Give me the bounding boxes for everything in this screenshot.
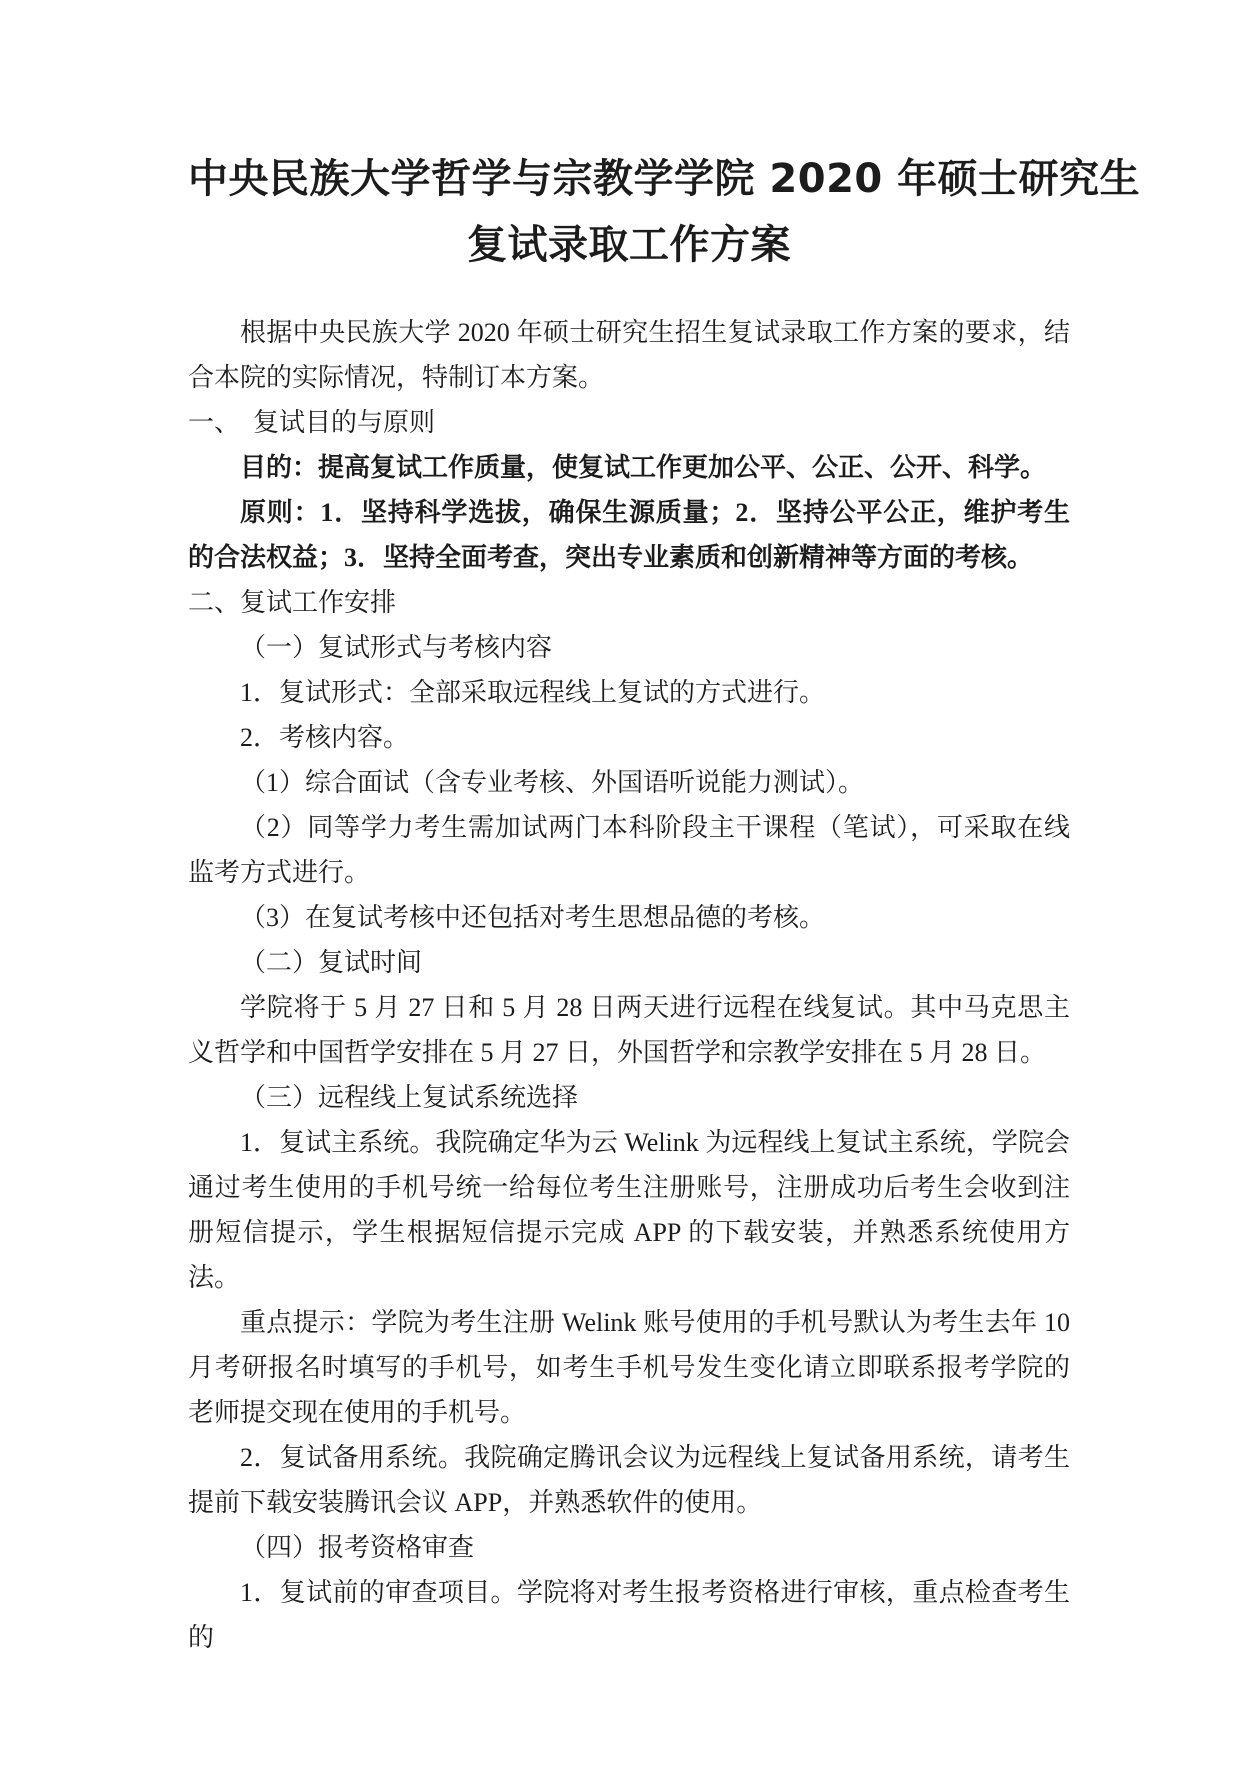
paragraph: 根据中央民族大学 2020 年硕士研究生招生复试录取工作方案的要求，结合本院的实… bbox=[188, 310, 1070, 400]
paragraph: 2．考核内容。 bbox=[188, 715, 1070, 760]
paragraph: （四）报考资格审查 bbox=[188, 1525, 1070, 1570]
document-title-line-2: 复试录取工作方案 bbox=[188, 212, 1070, 278]
document-title: 中央民族大学哲学与宗教学学院 2020 年硕士研究生 复试录取工作方案 bbox=[188, 146, 1070, 278]
paragraph: （2）同等学力考生需加试两门本科阶段主干课程（笔试），可采取在线监考方式进行。 bbox=[188, 805, 1070, 895]
paragraph: 重点提示：学院为考生注册 Welink 账号使用的手机号默认为考生去年 10 月… bbox=[188, 1300, 1070, 1435]
paragraph: 2．复试备用系统。我院确定腾讯会议为远程线上复试备用系统，请考生提前下载安装腾讯… bbox=[188, 1435, 1070, 1525]
section-heading: 二、复试工作安排 bbox=[188, 580, 1070, 625]
paragraph: 目的：提高复试工作质量，使复试工作更加公平、公正、公开、科学。 bbox=[188, 445, 1070, 490]
paragraph: 1．复试前的审查项目。学院将对考生报考资格进行审核，重点检查考生的 bbox=[188, 1570, 1070, 1660]
paragraph: （二）复试时间 bbox=[188, 940, 1070, 985]
paragraph: （3）在复试考核中还包括对考生思想品德的考核。 bbox=[188, 895, 1070, 940]
document-page: 中央民族大学哲学与宗教学学院 2020 年硕士研究生 复试录取工作方案 根据中央… bbox=[0, 0, 1256, 1777]
paragraph: 1．复试形式：全部采取远程线上复试的方式进行。 bbox=[188, 670, 1070, 715]
paragraph: 1．复试主系统。我院确定华为云 Welink 为远程线上复试主系统，学院会通过考… bbox=[188, 1120, 1070, 1300]
document-content: 中央民族大学哲学与宗教学学院 2020 年硕士研究生 复试录取工作方案 根据中央… bbox=[188, 146, 1070, 1660]
document-body: 根据中央民族大学 2020 年硕士研究生招生复试录取工作方案的要求，结合本院的实… bbox=[188, 310, 1070, 1660]
section-heading: 一、 复试目的与原则 bbox=[188, 400, 1070, 445]
paragraph: 原则：1．坚持科学选拔，确保生源质量；2．坚持公平公正，维护考生的合法权益；3．… bbox=[188, 490, 1070, 580]
paragraph: （1）综合面试（含专业考核、外国语听说能力测试）。 bbox=[188, 760, 1070, 805]
paragraph: （三）远程线上复试系统选择 bbox=[188, 1075, 1070, 1120]
paragraph: （一）复试形式与考核内容 bbox=[188, 625, 1070, 670]
paragraph: 学院将于 5 月 27 日和 5 月 28 日两天进行远程在线复试。其中马克思主… bbox=[188, 985, 1070, 1075]
document-title-line-1: 中央民族大学哲学与宗教学学院 2020 年硕士研究生 bbox=[188, 146, 1070, 212]
